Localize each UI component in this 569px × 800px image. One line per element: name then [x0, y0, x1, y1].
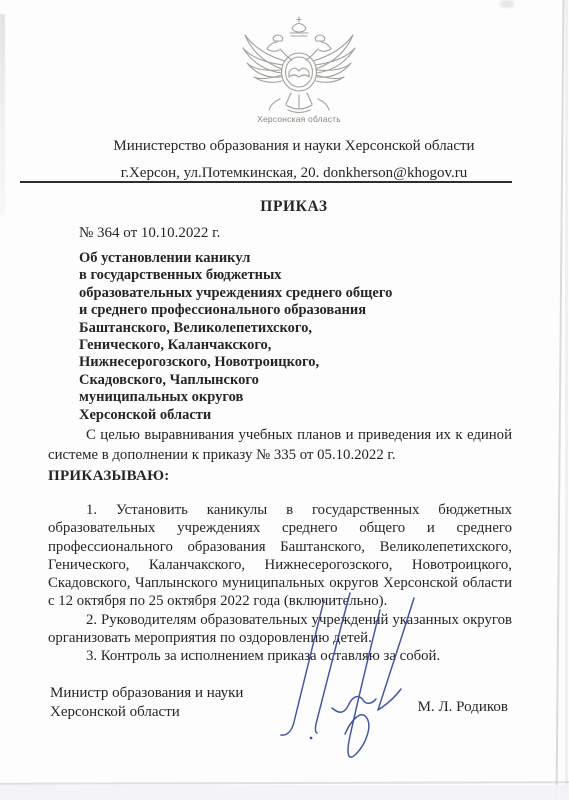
subject-line: и среднего профессионального образования	[79, 302, 489, 319]
intro-line: С целью выравнивания учебных планов и пр…	[48, 425, 512, 445]
emblem-region-label: Херсонская область	[238, 114, 360, 124]
signoff-position: Министр образования и науки Херсонской о…	[50, 684, 243, 722]
item1-line: Генического, Каланчакского, Нижнесерогоз…	[48, 556, 512, 574]
minister-signature-icon	[262, 588, 432, 783]
intro-line: системе в дополнении к приказу № 335 от …	[48, 445, 512, 465]
ministry-address: г.Херсон, ул.Потемкинская, 20. donkherso…	[24, 165, 564, 182]
signoff-position-line: Министр образования и науки	[50, 684, 243, 703]
subject-line: Генического, Каланчакского,	[79, 337, 489, 354]
scan-mark-top-right	[500, 0, 514, 8]
letterhead-divider	[20, 181, 512, 183]
doc-title: ПРИКАЗ	[24, 198, 564, 216]
doc-number-date: № 364 от 10.10.2022 г.	[79, 225, 220, 242]
scan-edge-left-smudge	[0, 14, 5, 214]
scan-edge-right-line	[556, 0, 565, 800]
command-word: ПРИКАЗЫВАЮ:	[48, 468, 170, 485]
scanned-order-document: Херсонская область Министерство образова…	[0, 0, 569, 800]
item1-line: профессионального образования Баштанског…	[48, 538, 512, 556]
subject-line: Херсонской области	[79, 407, 489, 424]
subject-line: муниципальных округов	[79, 389, 489, 406]
intro-paragraph: С целью выравнивания учебных планов и пр…	[48, 425, 512, 465]
signoff-position-line: Херсонской области	[50, 703, 243, 722]
coat-of-arms-eagle-icon	[238, 15, 360, 115]
subject-line: образовательных учреждениях среднего общ…	[79, 285, 489, 302]
scan-edge-right-band	[565, 0, 568, 800]
order-subject: Об установлении каникул в государственны…	[79, 250, 489, 424]
item1-line: образовательных учреждениях среднего общ…	[48, 519, 512, 537]
subject-line: Нижнесерогозского, Новотроицкого,	[79, 354, 489, 371]
subject-line: Скадовского, Чаплынского	[79, 372, 489, 389]
scan-edge-bottom-band	[0, 785, 569, 800]
ministry-name: Министерство образования и науки Херсонс…	[24, 138, 564, 155]
subject-line: в государственных бюджетных	[79, 267, 489, 284]
subject-line: Об установлении каникул	[79, 250, 489, 267]
subject-line: Баштанского, Великолепетихского,	[79, 320, 489, 337]
item1-line: 1. Установить каникулы в государственных…	[48, 501, 512, 519]
